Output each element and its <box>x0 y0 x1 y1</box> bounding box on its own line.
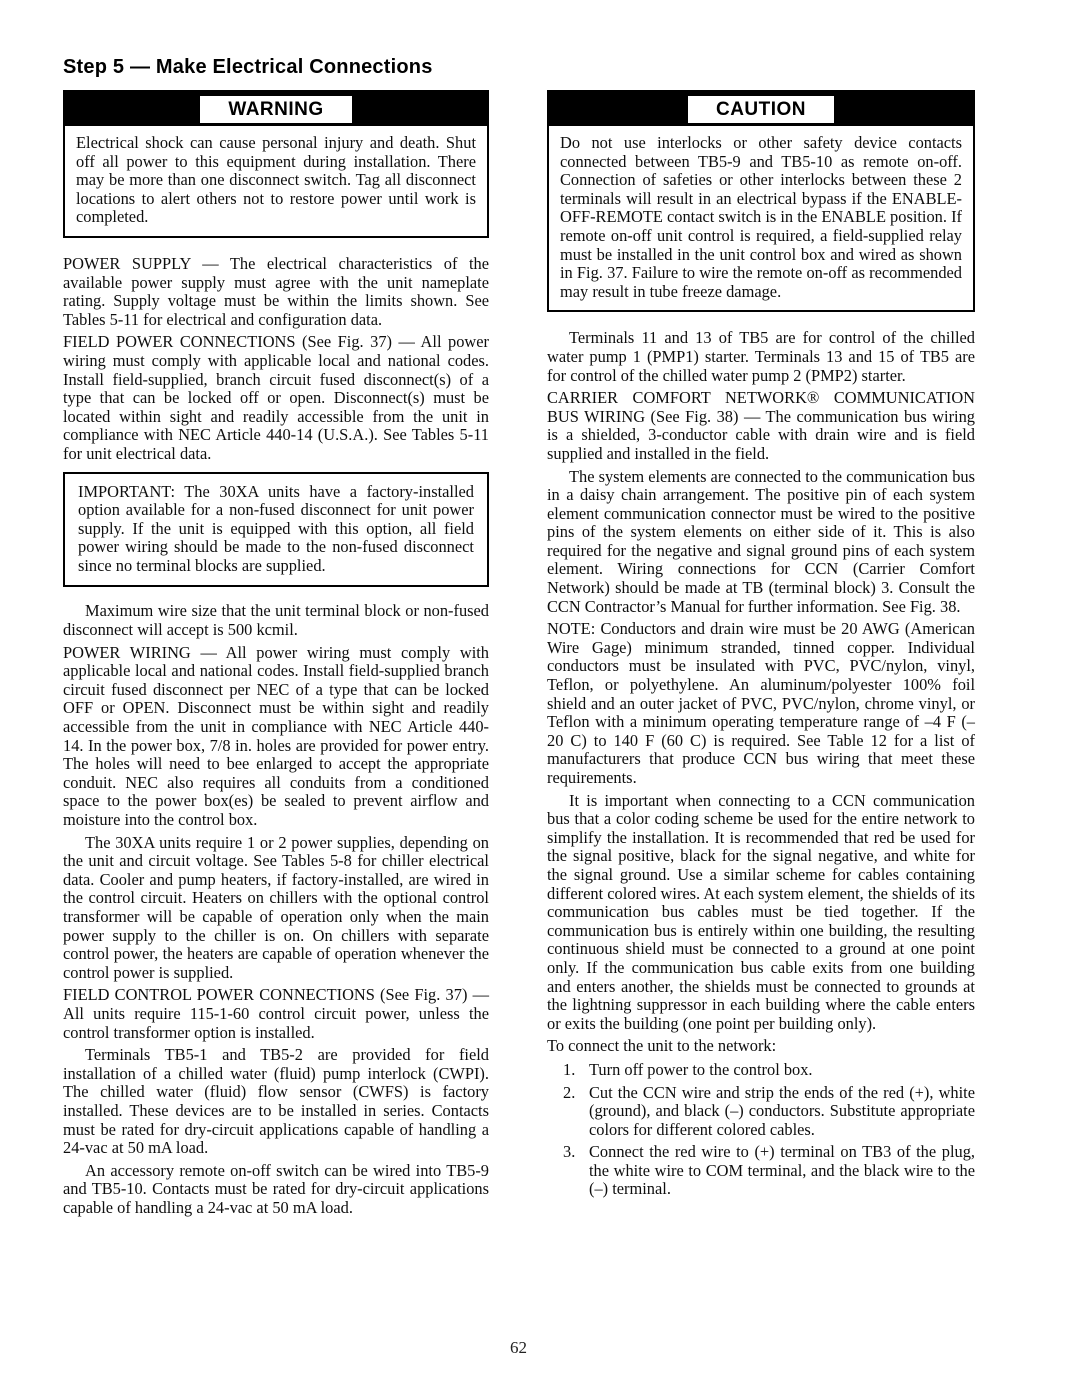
caution-box: CAUTION Do not use interlocks or other s… <box>547 90 975 312</box>
caution-label: CAUTION <box>688 96 834 123</box>
warning-body-text: Electrical shock can cause personal inju… <box>65 126 487 236</box>
list-item-number: 2. <box>563 1084 589 1140</box>
paragraph-field-control-power: FIELD CONTROL POWER CONNECTIONS (See Fig… <box>63 986 489 1042</box>
list-item-text: Turn off power to the control box. <box>589 1061 975 1080</box>
paragraph-conductor-note: NOTE: Conductors and drain wire must be … <box>547 620 975 787</box>
paragraph-max-wire-size: Maximum wire size that the unit terminal… <box>63 602 489 639</box>
list-item-number: 1. <box>563 1061 589 1080</box>
warning-header-bar: WARNING <box>65 92 487 126</box>
section-heading: Step 5 — Make Electrical Connections <box>63 56 1080 79</box>
caution-body-text: Do not use interlocks or other safety de… <box>549 126 973 310</box>
paragraph-daisy-chain: The system elements are connected to the… <box>547 468 975 617</box>
two-column-layout: WARNING Electrical shock can cause perso… <box>63 90 1080 1221</box>
manual-page: Step 5 — Make Electrical Connections WAR… <box>0 0 1080 1397</box>
paragraph-color-coding: It is important when connecting to a CCN… <box>547 792 975 1034</box>
caution-header-bar: CAUTION <box>549 92 973 126</box>
list-item: 3. Connect the red wire to (+) terminal … <box>547 1143 975 1199</box>
important-note-box: IMPORTANT: The 30XA units have a factory… <box>63 472 489 588</box>
paragraph-power-wiring: POWER WIRING — All power wiring must com… <box>63 644 489 830</box>
network-connect-steps: 1. Turn off power to the control box. 2.… <box>547 1061 975 1199</box>
paragraph-field-power-connections: FIELD POWER CONNECTIONS (See Fig. 37) — … <box>63 333 489 463</box>
list-item-text: Cut the CCN wire and strip the ends of t… <box>589 1084 975 1140</box>
paragraph-ccn-bus-wiring: CARRIER COMFORT NETWORK® COMMUNICATION B… <box>547 389 975 463</box>
list-item: 2. Cut the CCN wire and strip the ends o… <box>547 1084 975 1140</box>
right-column: CAUTION Do not use interlocks or other s… <box>547 90 975 1203</box>
list-item-number: 3. <box>563 1143 589 1199</box>
list-item-text: Connect the red wire to (+) terminal on … <box>589 1143 975 1199</box>
paragraph-power-supplies: The 30XA units require 1 or 2 power supp… <box>63 834 489 983</box>
paragraph-power-supply: POWER SUPPLY — The electrical characteri… <box>63 255 489 329</box>
page-number: 62 <box>63 1338 974 1358</box>
list-item: 1. Turn off power to the control box. <box>547 1061 975 1080</box>
left-column: WARNING Electrical shock can cause perso… <box>63 90 489 1221</box>
paragraph-remote-on-off-switch: An accessory remote on-off switch can be… <box>63 1162 489 1218</box>
warning-box: WARNING Electrical shock can cause perso… <box>63 90 489 238</box>
warning-label: WARNING <box>200 96 351 123</box>
paragraph-pump-interlock: Terminals TB5-1 and TB5-2 are provided f… <box>63 1046 489 1158</box>
network-connect-intro: To connect the unit to the network: <box>547 1037 975 1056</box>
paragraph-tb5-pump-control: Terminals 11 and 13 of TB5 are for contr… <box>547 329 975 385</box>
